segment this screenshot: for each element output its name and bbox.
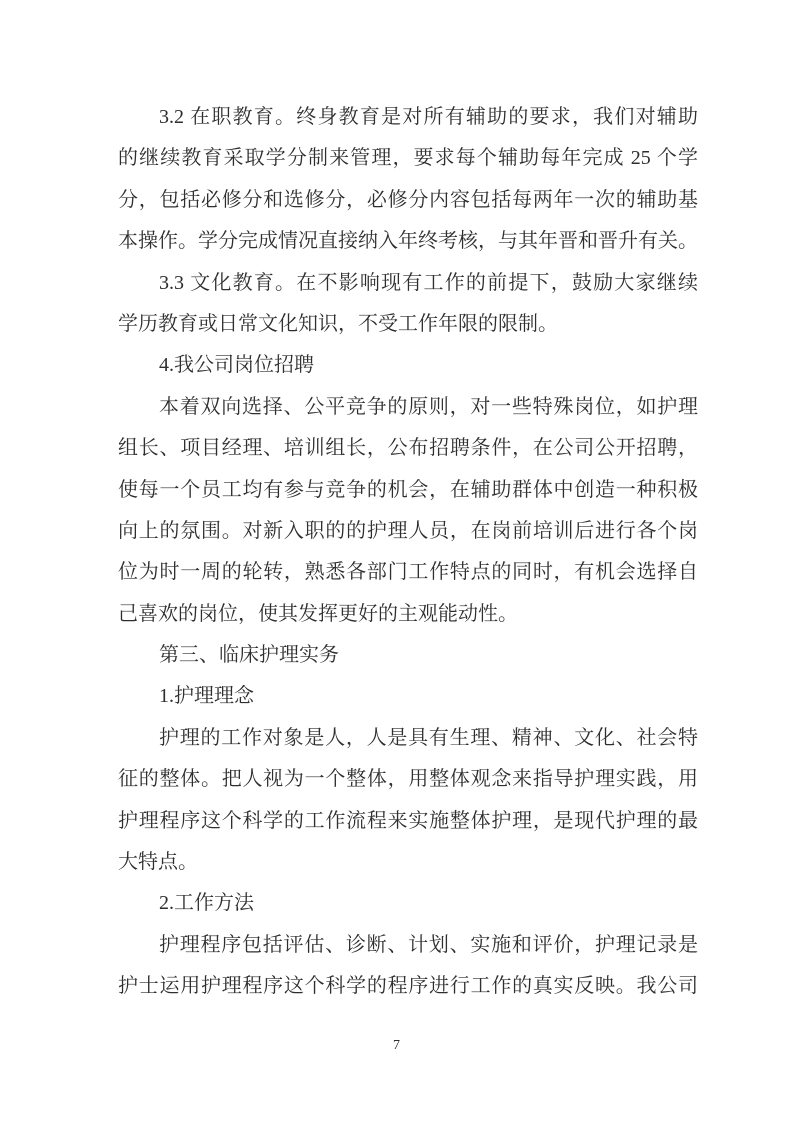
page-footer: 7 [0, 1036, 793, 1056]
text-line: 使每一个员工均有参与竞争的机会，在辅助群体中创造一种积极 [118, 470, 698, 511]
text-line: 位为时一周的轮转，熟悉各部门工作特点的同时，有机会选择自 [118, 552, 698, 593]
text-line: 护理的工作对象是人，人是具有生理、精神、文化、社会特 [118, 718, 698, 759]
text-line: 护理程序这个科学的工作流程来实施整体护理，是现代护理的最 [118, 801, 698, 842]
text-line: 分，包括必修分和选修分，必修分内容包括每两年一次的辅助基 [118, 180, 698, 221]
document-page: 3.2 在职教育。终身教育是对所有辅助的要求，我们对辅助的继续教育采取学分制来管… [0, 0, 793, 1122]
text-line: 己喜欢的岗位，使其发挥更好的主观能动性。 [118, 594, 698, 635]
text-line: 护士运用护理程序这个科学的程序进行工作的真实反映。我公司 [118, 966, 698, 1007]
text-line: 大特点。 [118, 842, 698, 883]
text-line: 本操作。学分完成情况直接纳入年终考核，与其年晋和晋升有关。 [118, 221, 698, 262]
text-line: 1.护理理念 [118, 676, 698, 717]
text-line: 学历教育或日常文化知识，不受工作年限的限制。 [118, 304, 698, 345]
text-line: 护理程序包括评估、诊断、计划、实施和评价，护理记录是 [118, 925, 698, 966]
text-line: 3.3 文化教育。在不影响现有工作的前提下，鼓励大家继续 [118, 263, 698, 304]
text-line: 4.我公司岗位招聘 [118, 345, 698, 386]
document-content: 3.2 在职教育。终身教育是对所有辅助的要求，我们对辅助的继续教育采取学分制来管… [118, 97, 698, 1008]
text-line: 组长、项目经理、培训组长，公布招聘条件，在公司公开招聘， [118, 428, 698, 469]
text-line: 2.工作方法 [118, 883, 698, 924]
text-line: 的继续教育采取学分制来管理，要求每个辅助每年完成 25 个学 [118, 138, 698, 179]
page-number: 7 [393, 1038, 400, 1053]
text-line: 征的整体。把人视为一个整体，用整体观念来指导护理实践，用 [118, 759, 698, 800]
text-line: 3.2 在职教育。终身教育是对所有辅助的要求，我们对辅助 [118, 97, 698, 138]
text-line: 本着双向选择、公平竞争的原则，对一些特殊岗位，如护理 [118, 387, 698, 428]
text-line: 向上的氛围。对新入职的的护理人员，在岗前培训后进行各个岗 [118, 511, 698, 552]
text-line: 第三、临床护理实务 [118, 635, 698, 676]
